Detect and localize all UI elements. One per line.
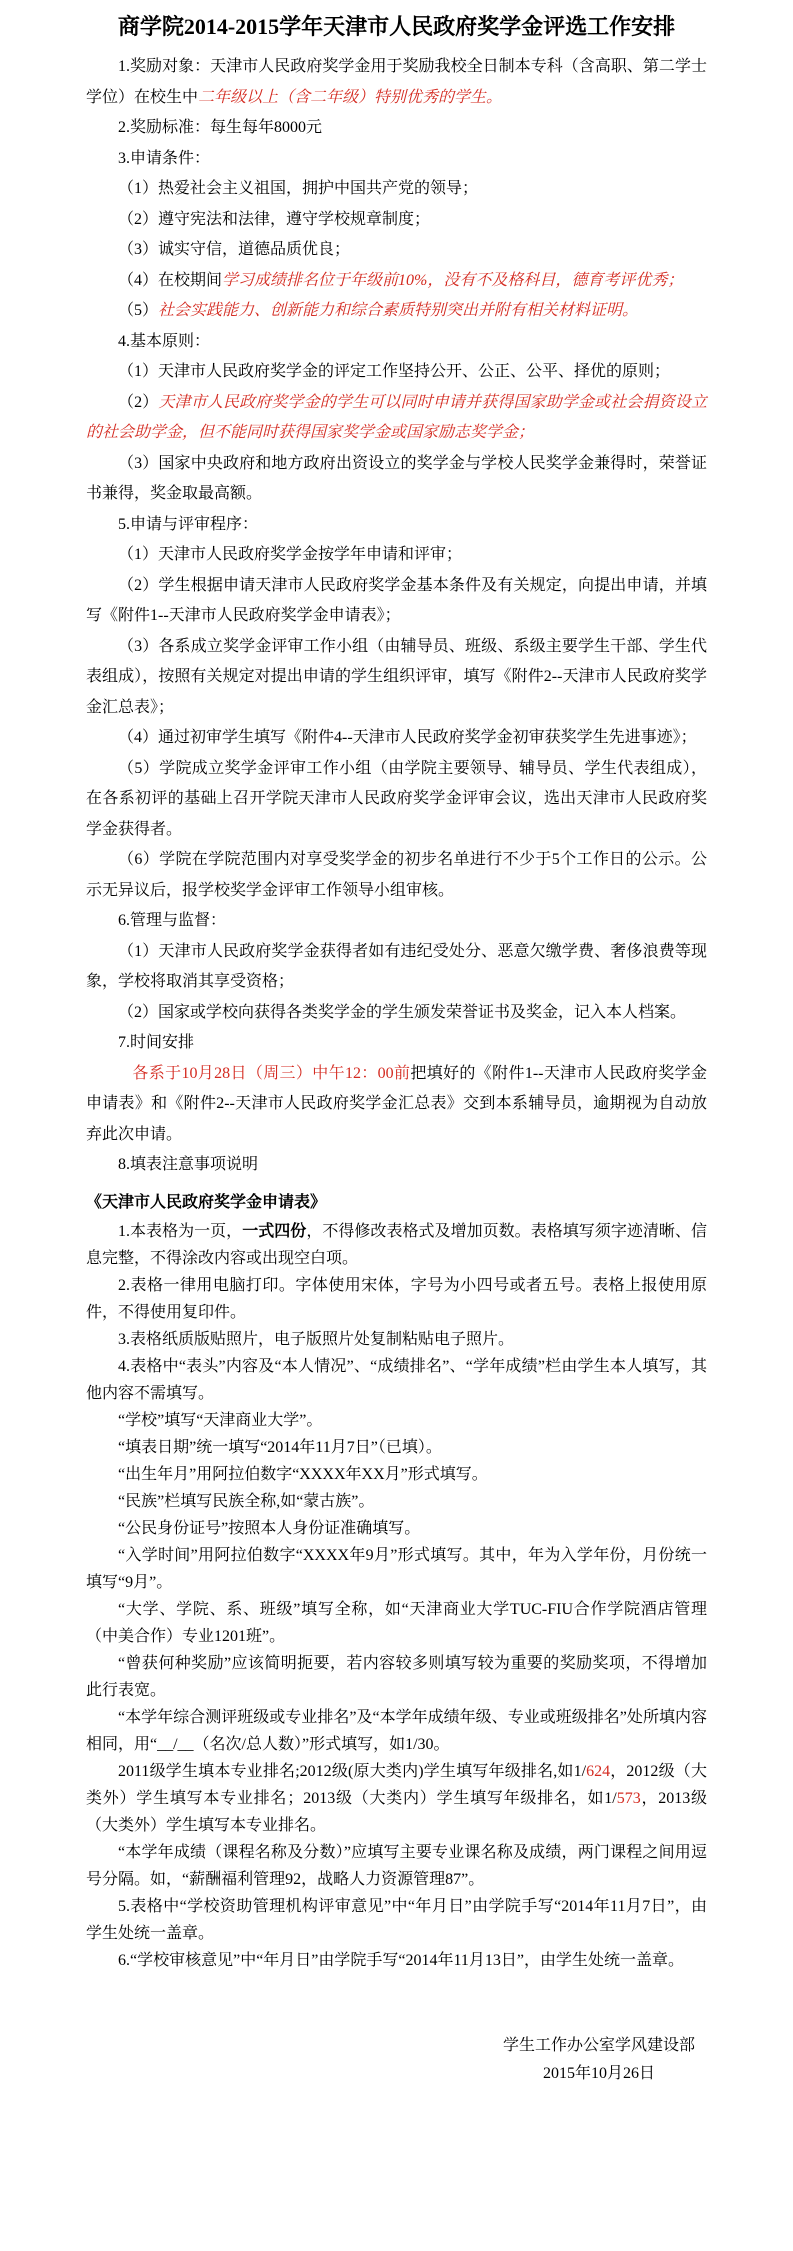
text-run: 天津市人民政府奖学金的学生可以同时申请并获得国家助学金或社会捐资设立的社会助学金…	[86, 394, 707, 442]
text-run: 5.申请与评审程序：	[118, 516, 258, 533]
text-run: 6.“学校审核意见”中“年月日”由学院手写“2014年11月13日”，由学生处统…	[118, 1952, 684, 1969]
paragraph: “曾获何种奖励”应该简明扼要，若内容较多则填写较为重要的奖励奖项，不得增加此行表…	[86, 1650, 707, 1704]
text-run: 1.本表格为一页，	[118, 1223, 242, 1240]
text-run: 624	[586, 1763, 610, 1780]
text-run: 2.奖励标准：每生每年8000元	[118, 119, 322, 136]
paragraph: “填表日期”统一填写“2014年11月7日”（已填）。	[86, 1434, 707, 1461]
text-run: “民族”栏填写民族全称,如“蒙古族”。	[118, 1493, 374, 1510]
text-run: （2）遵守宪法和法律，遵守学校规章制度；	[118, 211, 430, 228]
paragraph: “公民身份证号”按照本人身份证准确填写。	[86, 1515, 707, 1542]
text-run: “大学、学院、系、班级”填写全称，如“天津商业大学TUC-FIU合作学院酒店管理…	[86, 1601, 707, 1645]
text-run: 573	[617, 1790, 641, 1807]
text-run: “曾获何种奖励”应该简明扼要，若内容较多则填写较为重要的奖励奖项，不得增加此行表…	[86, 1655, 707, 1699]
paragraph: （2）学生根据申请天津市人民政府奖学金基本条件及有关规定，向提出申请，并填写《附…	[86, 571, 707, 632]
paragraph: 3.表格纸质版贴照片，电子版照片处复制粘贴电子照片。	[86, 1326, 707, 1353]
paragraph: 5.申请与评审程序：	[86, 510, 707, 541]
paragraph: （2）国家或学校向获得各类奖学金的学生颁发荣誉证书及奖金，记入本人档案。	[86, 998, 707, 1029]
paragraph: “本学年综合测评班级或专业排名”及“本学年成绩年级、专业或班级排名”处所填内容相…	[86, 1704, 707, 1758]
paragraph: 4.基本原则：	[86, 327, 707, 358]
document-body-notes: 《天津市人民政府奖学金申请表》1.本表格为一页，一式四份，不得修改表格式及增加页…	[86, 1189, 707, 1974]
paragraph: （4）在校期间学习成绩排名位于年级前10%，没有不及格科目，德育考评优秀；	[86, 266, 707, 297]
text-run: 4.基本原则：	[118, 333, 210, 350]
paragraph: （3）国家中央政府和地方政府出资设立的奖学金与学校人民奖学金兼得时，荣誉证书兼得…	[86, 449, 707, 510]
paragraph: 6.管理与监督：	[86, 906, 707, 937]
text-run: （4）通过初审学生填写《附件4--天津市人民政府奖学金初审获奖学生先进事迹》；	[118, 729, 697, 746]
text-run: 二年级以上（含二年级）特别优秀的学生。	[198, 89, 502, 106]
paragraph: （1）天津市人民政府奖学金获得者如有违纪受处分、恶意欠缴学费、奢侈浪费等现象，学…	[86, 937, 707, 998]
text-run: 一式四份	[242, 1223, 306, 1240]
text-run: 社会实践能力、创新能力和综合素质特别突出并附有相关材料证明。	[158, 302, 638, 319]
text-run: “公民身份证号”按照本人身份证准确填写。	[118, 1520, 420, 1537]
paragraph: 3.申请条件：	[86, 144, 707, 175]
text-run: 2011级学生填本专业排名;2012级(原大类内)学生填写年级排名,如1/	[118, 1763, 586, 1780]
paragraph: （1）天津市人民政府奖学金的评定工作坚持公开、公正、公平、择优的原则；	[86, 357, 707, 388]
text-run: 3.申请条件：	[118, 150, 210, 167]
paragraph: “学校”填写“天津商业大学”。	[86, 1407, 707, 1434]
paragraph: “本学年成绩（课程名称及分数）”应填写主要专业课名称及成绩，两门课程之间用逗号分…	[86, 1839, 707, 1893]
paragraph: 5.表格中“学校资助管理机构评审意见”中“年月日”由学院手写“2014年11月7…	[86, 1893, 707, 1947]
paragraph: （2）遵守宪法和法律，遵守学校规章制度；	[86, 205, 707, 236]
text-run: 6.管理与监督：	[118, 912, 226, 929]
text-run: “本学年成绩（课程名称及分数）”应填写主要专业课名称及成绩，两门课程之间用逗号分…	[86, 1844, 707, 1888]
text-run: （5）学院成立奖学金评审工作小组（由学院主要领导、辅导员、学生代表组成），在各系…	[86, 760, 707, 838]
paragraph: 1.奖励对象：天津市人民政府奖学金用于奖励我校全日制本专科（含高职、第二学士学位…	[86, 52, 707, 113]
signature-date: 2015年10月26日	[503, 2060, 695, 2088]
text-run: 7.时间安排	[118, 1034, 194, 1051]
paragraph: 4.表格中“表头”内容及“本人情况”、“成绩排名”、“学年成绩”栏由学生本人填写…	[86, 1353, 707, 1407]
paragraph: （1）天津市人民政府奖学金按学年申请和评审；	[86, 540, 707, 571]
text-run: （3）国家中央政府和地方政府出资设立的奖学金与学校人民奖学金兼得时，荣誉证书兼得…	[86, 455, 707, 503]
paragraph: （1）热爱社会主义祖国，拥护中国共产党的领导；	[86, 174, 707, 205]
paragraph: 2011级学生填本专业排名;2012级(原大类内)学生填写年级排名,如1/624…	[86, 1758, 707, 1839]
text-run: （1）天津市人民政府奖学金获得者如有违纪受处分、恶意欠缴学费、奢侈浪费等现象，学…	[86, 943, 707, 991]
text-run: （1）天津市人民政府奖学金的评定工作坚持公开、公正、公平、择优的原则；	[118, 363, 670, 380]
text-run: 《天津市人民政府奖学金申请表》	[86, 1194, 326, 1211]
paragraph: “出生年月”用阿拉伯数字“XXXX年XX月”形式填写。	[86, 1461, 707, 1488]
paragraph: 7.时间安排	[86, 1028, 707, 1059]
text-run: （2）	[118, 394, 158, 411]
section-heading: 《天津市人民政府奖学金申请表》	[86, 1189, 707, 1216]
text-run: （2）国家或学校向获得各类奖学金的学生颁发荣誉证书及奖金，记入本人档案。	[118, 1004, 686, 1021]
paragraph: （2）天津市人民政府奖学金的学生可以同时申请并获得国家助学金或社会捐资设立的社会…	[86, 388, 707, 449]
text-run: “本学年综合测评班级或专业排名”及“本学年成绩年级、专业或班级排名”处所填内容相…	[86, 1709, 707, 1753]
text-run: 5.表格中“学校资助管理机构评审意见”中“年月日”由学院手写“2014年11月7…	[86, 1898, 707, 1942]
text-run: “学校”填写“天津商业大学”。	[118, 1412, 322, 1429]
text-run: “填表日期”统一填写“2014年11月7日”（已填）。	[118, 1439, 442, 1456]
paragraph: （3）各系成立奖学金评审工作小组（由辅导员、班级、系级主要学生干部、学生代表组成…	[86, 632, 707, 724]
paragraph: （6）学院在学院范围内对享受奖学金的初步名单进行不少于5个工作日的公示。公示无异…	[86, 845, 707, 906]
signature-block: 学生工作办公室学风建设部 2015年10月26日	[0, 2032, 695, 2088]
text-run: （4）在校期间	[118, 272, 222, 289]
paragraph: 2.表格一律用电脑打印。字体使用宋体，字号为小四号或者五号。表格上报使用原件，不…	[86, 1272, 707, 1326]
paragraph: 8.填表注意事项说明	[86, 1150, 707, 1181]
paragraph: 各系于10月28日（周三）中午12：00前把填好的《附件1--天津市人民政府奖学…	[86, 1059, 707, 1151]
signature-inner: 学生工作办公室学风建设部 2015年10月26日	[503, 2032, 695, 2088]
paragraph: 2.奖励标准：每生每年8000元	[86, 113, 707, 144]
paragraph: （5）学院成立奖学金评审工作小组（由学院主要领导、辅导员、学生代表组成），在各系…	[86, 754, 707, 846]
text-run: （6）学院在学院范围内对享受奖学金的初步名单进行不少于5个工作日的公示。公示无异…	[86, 851, 707, 899]
signature-department: 学生工作办公室学风建设部	[503, 2032, 695, 2060]
paragraph: 6.“学校审核意见”中“年月日”由学院手写“2014年11月13日”，由学生处统…	[86, 1947, 707, 1974]
paragraph: “民族”栏填写民族全称,如“蒙古族”。	[86, 1488, 707, 1515]
paragraph: （5）社会实践能力、创新能力和综合素质特别突出并附有相关材料证明。	[86, 296, 707, 327]
document-page: 商学院2014-2015学年天津市人民政府奖学金评选工作安排 1.奖励对象：天津…	[0, 0, 793, 2251]
text-run: （1）天津市人民政府奖学金按学年申请和评审；	[118, 546, 462, 563]
text-run: “出生年月”用阿拉伯数字“XXXX年XX月”形式填写。	[118, 1466, 488, 1483]
text-run: 2.表格一律用电脑打印。字体使用宋体，字号为小四号或者五号。表格上报使用原件，不…	[86, 1277, 707, 1321]
text-run: 8.填表注意事项说明	[118, 1156, 258, 1173]
text-run: 各系于10月28日（周三）中午12：00前	[132, 1065, 410, 1082]
text-run: 学习成绩排名位于年级前10%，没有不及格科目，德育考评优秀；	[222, 272, 683, 289]
paragraph: 1.本表格为一页，一式四份，不得修改表格式及增加页数。表格填写须字迹清晰、信息完…	[86, 1218, 707, 1272]
paragraph: “入学时间”用阿拉伯数字“XXXX年9月”形式填写。其中，年为入学年份，月份统一…	[86, 1542, 707, 1596]
paragraph: （3）诚实守信，道德品质优良；	[86, 235, 707, 266]
document-body-main: 1.奖励对象：天津市人民政府奖学金用于奖励我校全日制本专科（含高职、第二学士学位…	[86, 52, 707, 1181]
text-run: （5）	[118, 302, 158, 319]
document-title: 商学院2014-2015学年天津市人民政府奖学金评选工作安排	[40, 12, 753, 42]
paragraph: “大学、学院、系、班级”填写全称，如“天津商业大学TUC-FIU合作学院酒店管理…	[86, 1596, 707, 1650]
text-run: “入学时间”用阿拉伯数字“XXXX年9月”形式填写。其中，年为入学年份，月份统一…	[86, 1547, 707, 1591]
text-run: （3）诚实守信，道德品质优良；	[118, 241, 350, 258]
text-run: （3）各系成立奖学金评审工作小组（由辅导员、班级、系级主要学生干部、学生代表组成…	[86, 638, 707, 716]
paragraph: （4）通过初审学生填写《附件4--天津市人民政府奖学金初审获奖学生先进事迹》；	[86, 723, 707, 754]
text-run: 4.表格中“表头”内容及“本人情况”、“成绩排名”、“学年成绩”栏由学生本人填写…	[86, 1358, 707, 1402]
text-run: 3.表格纸质版贴照片，电子版照片处复制粘贴电子照片。	[118, 1331, 514, 1348]
text-run: （1）热爱社会主义祖国，拥护中国共产党的领导；	[118, 180, 478, 197]
text-run: （2）学生根据申请天津市人民政府奖学金基本条件及有关规定，向提出申请，并填写《附…	[86, 577, 707, 625]
